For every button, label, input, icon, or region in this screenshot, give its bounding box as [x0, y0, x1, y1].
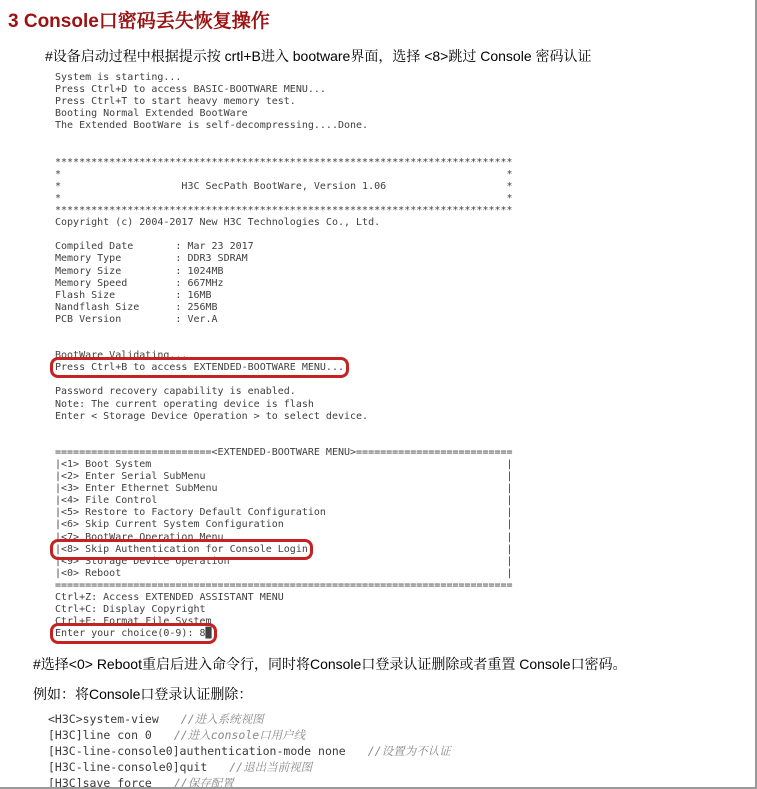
console-line: Ctrl+F: Format File System [55, 616, 755, 628]
console-line [55, 326, 755, 338]
console-line [55, 229, 755, 241]
console-line: |<1> Boot System | [55, 459, 755, 471]
console-line: Nandflash Size : 256MB [55, 302, 755, 314]
cli-comment: //退出当前视图 [229, 760, 312, 774]
cli-command: [H3C]line con 0 [48, 728, 152, 742]
intro-paragraph: #设备启动过程中根据提示按 crtl+B进入 bootware界面，选择 <8>… [45, 46, 755, 66]
console-line [55, 435, 755, 447]
console-line: |<0> Reboot | [55, 568, 755, 580]
console-line: System is starting... [55, 72, 755, 84]
document-page: 3 Console口密码丢失恢复操作 #设备启动过程中根据提示按 crtl+B进… [0, 0, 757, 789]
cli-command-line: [H3C-line-console0]authentication-mode n… [48, 743, 755, 759]
cli-comment: //保存配置 [174, 776, 234, 789]
console-line: Ctrl+C: Display Copyright [55, 604, 755, 616]
console-line: ==========================<EXTENDED-BOOT… [55, 447, 755, 459]
console-line [55, 423, 755, 435]
outro-paragraph: #选择<0> Reboot重启后进入命令行，同时将Console口登录认证删除或… [33, 654, 755, 674]
console-line: |<4> File Control | [55, 495, 755, 507]
console-line: Press Ctrl+T to start heavy memory test. [55, 96, 755, 108]
console-line: |<5> Restore to Factory Default Configur… [55, 507, 755, 519]
console-line: Enter < Storage Device Operation > to se… [55, 411, 755, 423]
cli-command-line: [H3C-line-console0]quit//退出当前视图 [48, 759, 755, 775]
console-line: |<6> Skip Current System Configuration | [55, 519, 755, 531]
console-line: Compiled Date : Mar 23 2017 [55, 241, 755, 253]
console-line: PCB Version : Ver.A [55, 314, 755, 326]
console-line: |<9> Storage Device Operation | [55, 556, 755, 568]
console-line: Ctrl+Z: Access EXTENDED ASSISTANT MENU [55, 592, 755, 604]
console-line: Flash Size : 16MB [55, 290, 755, 302]
highlight-box: Enter your choice(0-9): 8█ [55, 628, 212, 639]
console-line [55, 145, 755, 157]
cli-command-line: <H3C>system-view//进入系统视图 [48, 711, 755, 727]
cli-command: [H3C]save force [48, 776, 152, 789]
highlight-box: |<8> Skip Authentication for Console Log… [55, 544, 308, 555]
console-line: Press Ctrl+D to access BASIC-BOOTWARE ME… [55, 84, 755, 96]
console-line: Memory Size : 1024MB [55, 266, 755, 278]
console-line [55, 132, 755, 144]
page-title: 3 Console口密码丢失恢复操作 [8, 6, 755, 33]
console-line: |<2> Enter Serial SubMenu | [55, 471, 755, 483]
cli-example: <H3C>system-view//进入系统视图[H3C]line con 0/… [48, 711, 755, 789]
console-line [55, 374, 755, 386]
cli-comment: //设置为不认证 [368, 744, 451, 758]
console-line: Memory Type : DDR3 SDRAM [55, 253, 755, 265]
console-output: System is starting...Press Ctrl+D to acc… [55, 72, 755, 640]
console-line: ****************************************… [55, 205, 755, 217]
console-line: Password recovery capability is enabled. [55, 386, 755, 398]
console-line: Press Ctrl+B to access EXTENDED-BOOTWARE… [55, 362, 755, 374]
console-line: BootWare Validating... [55, 350, 755, 362]
console-line: |<3> Enter Ethernet SubMenu | [55, 483, 755, 495]
cli-comment: //进入console口用户线 [174, 728, 305, 742]
console-line: Memory Speed : 667MHz [55, 278, 755, 290]
highlight-box: Press Ctrl+B to access EXTENDED-BOOTWARE… [55, 362, 344, 373]
console-line: ========================================… [55, 580, 755, 592]
example-label: 例如：将Console口登录认证删除： [33, 684, 755, 704]
cli-command: [H3C-line-console0]authentication-mode n… [48, 744, 346, 758]
console-line: Note: The current operating device is fl… [55, 399, 755, 411]
cli-comment: //进入系统视图 [181, 712, 264, 726]
console-line: * H3C SecPath BootWare, Version 1.06 * [55, 181, 755, 193]
console-line [55, 338, 755, 350]
cli-command-line: [H3C]save force//保存配置 [48, 775, 755, 789]
console-line: * * [55, 169, 755, 181]
console-line: Booting Normal Extended BootWare [55, 108, 755, 120]
console-line: Copyright (c) 2004-2017 New H3C Technolo… [55, 217, 755, 229]
cli-command: <H3C>system-view [48, 712, 159, 726]
cli-command-line: [H3C]line con 0//进入console口用户线 [48, 727, 755, 743]
cli-command: [H3C-line-console0]quit [48, 760, 207, 774]
console-line: ****************************************… [55, 157, 755, 169]
console-line: * * [55, 193, 755, 205]
console-line: |<8> Skip Authentication for Console Log… [55, 544, 755, 556]
console-line: The Extended BootWare is self-decompress… [55, 120, 755, 132]
console-line: Enter your choice(0-9): 8█ [55, 628, 755, 640]
console-line: |<7> BootWare Operation Menu | [55, 532, 755, 544]
